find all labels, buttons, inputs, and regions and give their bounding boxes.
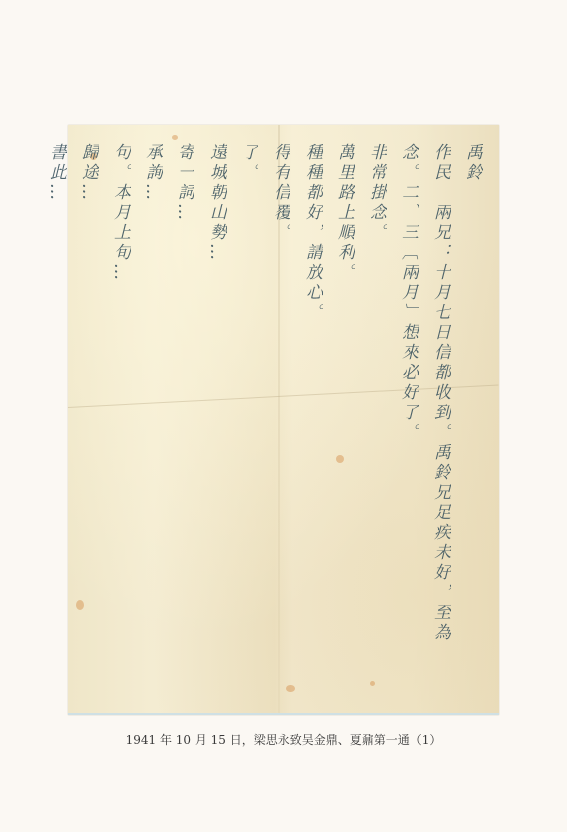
handwritten-text: 禹鈴 作民 兩兄：十月七日信都收到。禹鈴兄足疾未好，至為 念。二、三〔兩月〕想來… <box>43 143 485 703</box>
text-column: 禹鈴 <box>459 143 485 703</box>
text-column: 非常掛念。 <box>363 143 389 703</box>
text-column: 歸途… <box>75 143 101 703</box>
text-column: 種種都好，請放心。 <box>299 143 325 703</box>
letter-scan: 禹鈴 作民 兩兄：十月七日信都收到。禹鈴兄足疾未好，至為 念。二、三〔兩月〕想來… <box>68 125 499 715</box>
text-column: 書此… <box>43 143 69 703</box>
text-column: 得有信覆。 <box>267 143 293 703</box>
text-column: 了。 <box>235 143 261 703</box>
text-column: 萬里路上順利。 <box>331 143 357 703</box>
text-column: 遠城朝山勢… <box>203 143 229 703</box>
text-column: 句。本月上旬… <box>107 143 133 703</box>
text-column: 寄一詞… <box>171 143 197 703</box>
text-column: 作民 兩兄：十月七日信都收到。禹鈴兄足疾未好，至為 <box>427 143 453 703</box>
text-column: 念。二、三〔兩月〕想來必好了。 <box>395 143 421 703</box>
image-caption: 1941 年 10 月 15 日，梁思永致吴金鼎、夏鼐第一通（1） <box>0 731 567 748</box>
paper-stain <box>172 135 178 140</box>
text-column: 承詢… <box>139 143 165 703</box>
